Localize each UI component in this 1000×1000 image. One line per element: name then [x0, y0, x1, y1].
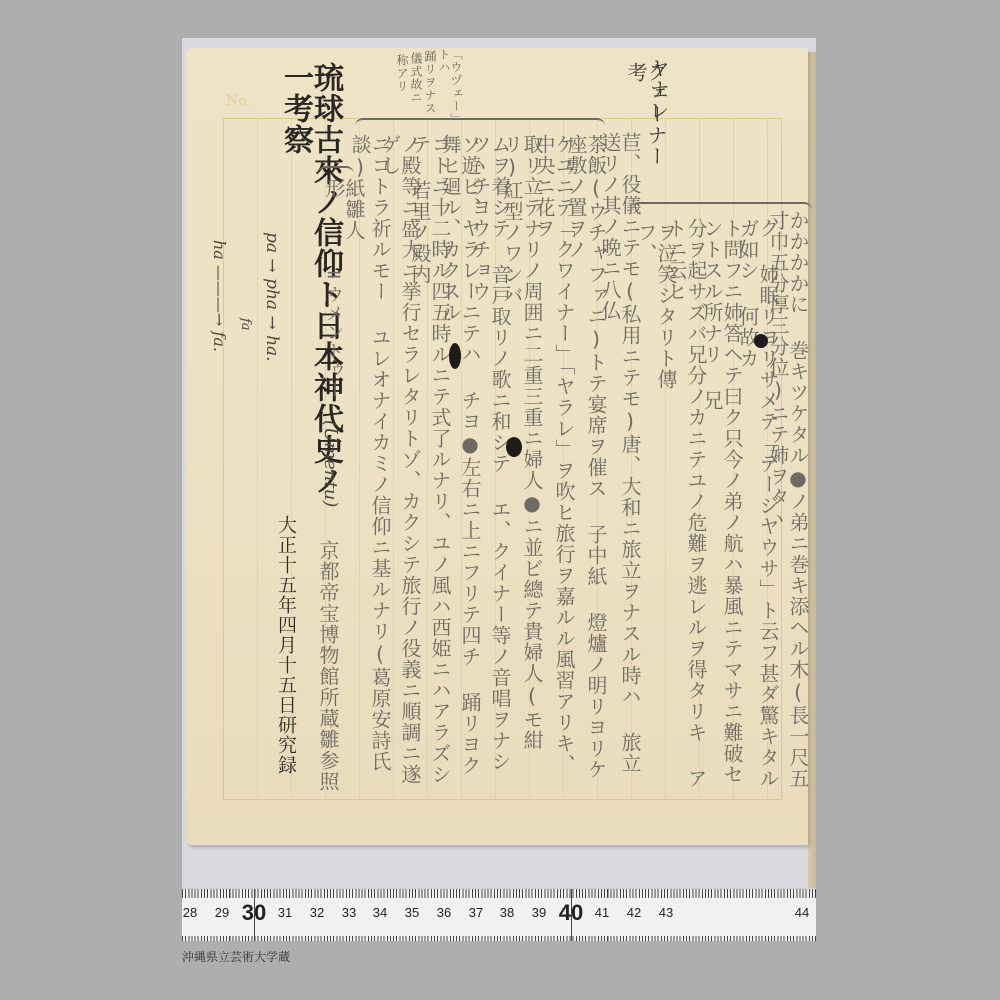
- ruler-label: 41: [595, 905, 609, 920]
- phonetic-note-1: pa → pha → ha.: [262, 232, 282, 452]
- body-column-2: ク 姉眠リヨリサメテ「デージヤウサ」ト云フ甚ダ驚キタルガ如シ 何故カ: [738, 218, 778, 798]
- sub-heading-reading: ウメントゥー: [324, 285, 342, 415]
- ruler-label: 34: [373, 905, 387, 920]
- ruler-label: 29: [215, 905, 229, 920]
- ruler-label: 38: [500, 905, 514, 920]
- ink-blot: [754, 334, 768, 348]
- sub-heading-equals: =: [324, 262, 344, 282]
- body-column-14: ニコトラ祈ルモー ユレオナイカミノ信仰ニ基ルナリ(葛原安詩氏談): [350, 134, 390, 794]
- paragraph-bracket-1: [355, 118, 605, 128]
- ruler-label: 36: [437, 905, 451, 920]
- ruler-label: 37: [469, 905, 483, 920]
- ruler-ticks-top: [182, 889, 816, 898]
- ruler-label: 32: [310, 905, 324, 920]
- collection-caption: 沖縄県立芸術大学蔵: [182, 948, 290, 965]
- ruler-label: 31: [278, 905, 292, 920]
- ruler-ticks-bottom: [182, 936, 816, 941]
- ruler-label: 30: [242, 900, 266, 926]
- ruler-label: 33: [342, 905, 356, 920]
- body-column-15: 京都帝宝博物館所蔵雛参照: [318, 540, 338, 800]
- ruler-label: 28: [183, 905, 197, 920]
- form-number-mark: No.: [226, 93, 251, 109]
- ruler-label: 40: [559, 900, 583, 926]
- body-column-5: ヲ泣笑シタリト傳フ、: [636, 222, 676, 422]
- date-line: 大正十五年四月十五日研究録: [276, 515, 295, 815]
- margin-note-line-1: 「ウヅェー」トハ: [438, 48, 462, 128]
- body-column-3: ト問フニ姉答ヘテ曰ク只今ノ弟ノ航ハ暴風ニテマサニ難破セントスル所ナリ 兄: [702, 218, 742, 798]
- ruler-label: 42: [627, 905, 641, 920]
- measuring-ruler: 28 29 30 31 32 33 34 35 36 37 38 39 40 4…: [182, 888, 816, 941]
- phonetic-note-1-sub: fa: [238, 318, 253, 348]
- ruler-label: 35: [405, 905, 419, 920]
- ruler-label: 43: [659, 905, 673, 920]
- phonetic-note-2: ha ———→ fa.: [210, 240, 229, 460]
- ruler-label: 39: [532, 905, 546, 920]
- ruler-label: 44: [795, 905, 809, 920]
- sub-heading-romaji: (Umentu): [320, 420, 341, 560]
- ink-blot: [449, 343, 461, 369]
- ink-blot: [506, 437, 522, 457]
